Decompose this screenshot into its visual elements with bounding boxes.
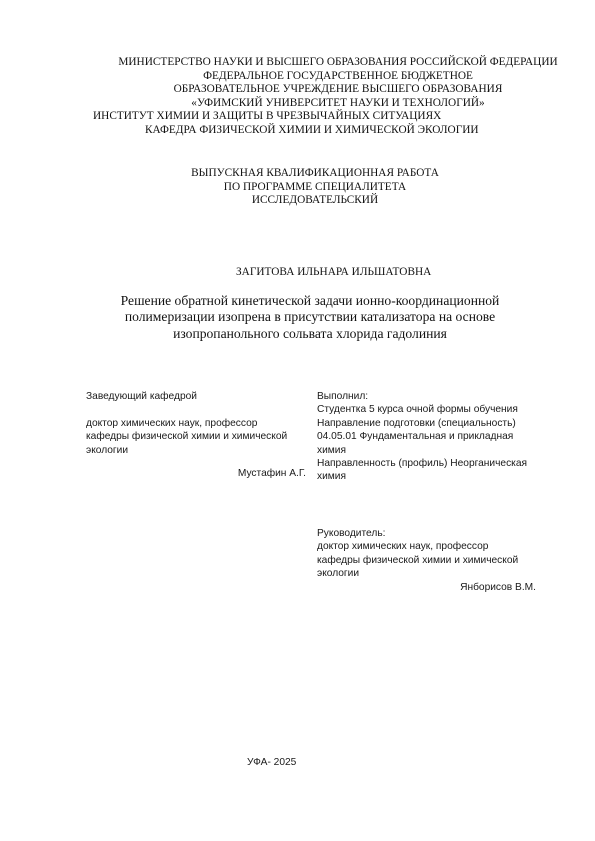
- thesis-title-line: Решение обратной кинетической задачи ион…: [90, 293, 530, 309]
- head-of-department-block: Заведующий кафедрой доктор химических на…: [86, 390, 306, 480]
- thesis-title-line: полимеризации изопрена в присутствии кат…: [90, 309, 530, 325]
- institution-type-line: ФЕДЕРАЛЬНОЕ ГОСУДАРСТВЕННОЕ БЮДЖЕТНОЕ: [60, 70, 595, 84]
- author-name: ЗАГИТОВА ИЛЬНАРА ИЛЬШАТОВНА: [236, 266, 431, 278]
- supervisor-label: Руководитель:: [317, 527, 542, 540]
- university-name: «УФИМСКИЙ УНИВЕРСИТЕТ НАУКИ И ТЕХНОЛОГИЙ…: [60, 97, 595, 111]
- head-of-department-label: Заведующий кафедрой: [86, 390, 306, 403]
- direction-line: Направление подготовки (специальность): [317, 417, 542, 430]
- head-position-line: кафедры физической химии и химической: [86, 430, 306, 443]
- work-type-line: ВЫПУСКНАЯ КВАЛИФИКАЦИОННАЯ РАБОТА: [150, 167, 480, 181]
- ministry-line: МИНИСТЕРСТВО НАУКИ И ВЫСШЕГО ОБРАЗОВАНИЯ…: [60, 56, 595, 70]
- direction-code-line: 04.05.01 Фундаментальная и прикладная: [317, 430, 542, 443]
- performed-by-block: Выполнил: Студентка 5 курса очной формы …: [317, 390, 542, 484]
- research-type-line: ИССЛЕДОВАТЕЛЬСКИЙ: [150, 194, 480, 208]
- profile-line-2: химия: [317, 470, 542, 483]
- head-position-line: доктор химических наук, профессор: [86, 417, 306, 430]
- supervisor-name: Янборисов В.М.: [317, 581, 542, 594]
- direction-code-line-2: химия: [317, 444, 542, 457]
- city-year: УФА- 2025: [247, 756, 296, 769]
- performed-by-label: Выполнил:: [317, 390, 542, 403]
- head-of-department-name: Мустафин А.Г.: [86, 467, 306, 480]
- head-position-line: экологии: [86, 444, 306, 457]
- program-line: ПО ПРОГРАММЕ СПЕЦИАЛИТЕТА: [150, 181, 480, 195]
- thesis-title: Решение обратной кинетической задачи ион…: [90, 293, 530, 342]
- supervisor-position-line: кафедры физической химии и химической: [317, 554, 542, 567]
- supervisor-position-line: экологии: [317, 567, 542, 580]
- profile-line: Направленность (профиль) Неорганическая: [317, 457, 542, 470]
- institution-type-line-2: ОБРАЗОВАТЕЛЬНОЕ УЧРЕЖДЕНИЕ ВЫСШЕГО ОБРАЗ…: [60, 83, 595, 97]
- spacer: [86, 403, 306, 416]
- work-type-block: ВЫПУСКНАЯ КВАЛИФИКАЦИОННАЯ РАБОТА ПО ПРО…: [150, 167, 480, 208]
- supervisor-block: Руководитель: доктор химических наук, пр…: [317, 527, 542, 594]
- student-line: Студентка 5 курса очной формы обучения: [317, 403, 542, 416]
- institution-header: МИНИСТЕРСТВО НАУКИ И ВЫСШЕГО ОБРАЗОВАНИЯ…: [60, 56, 595, 138]
- supervisor-position-line: доктор химических наук, профессор: [317, 540, 542, 553]
- department-name: КАФЕДРА ФИЗИЧЕСКОЙ ХИМИИ И ХИМИЧЕСКОЙ ЭК…: [60, 124, 595, 138]
- thesis-title-line: изопропанольного сольвата хлорида гадоли…: [90, 326, 530, 342]
- institute-name: ИНСТИТУТ ХИМИИ И ЗАЩИТЫ В ЧРЕЗВЫЧАЙНЫХ С…: [60, 110, 595, 124]
